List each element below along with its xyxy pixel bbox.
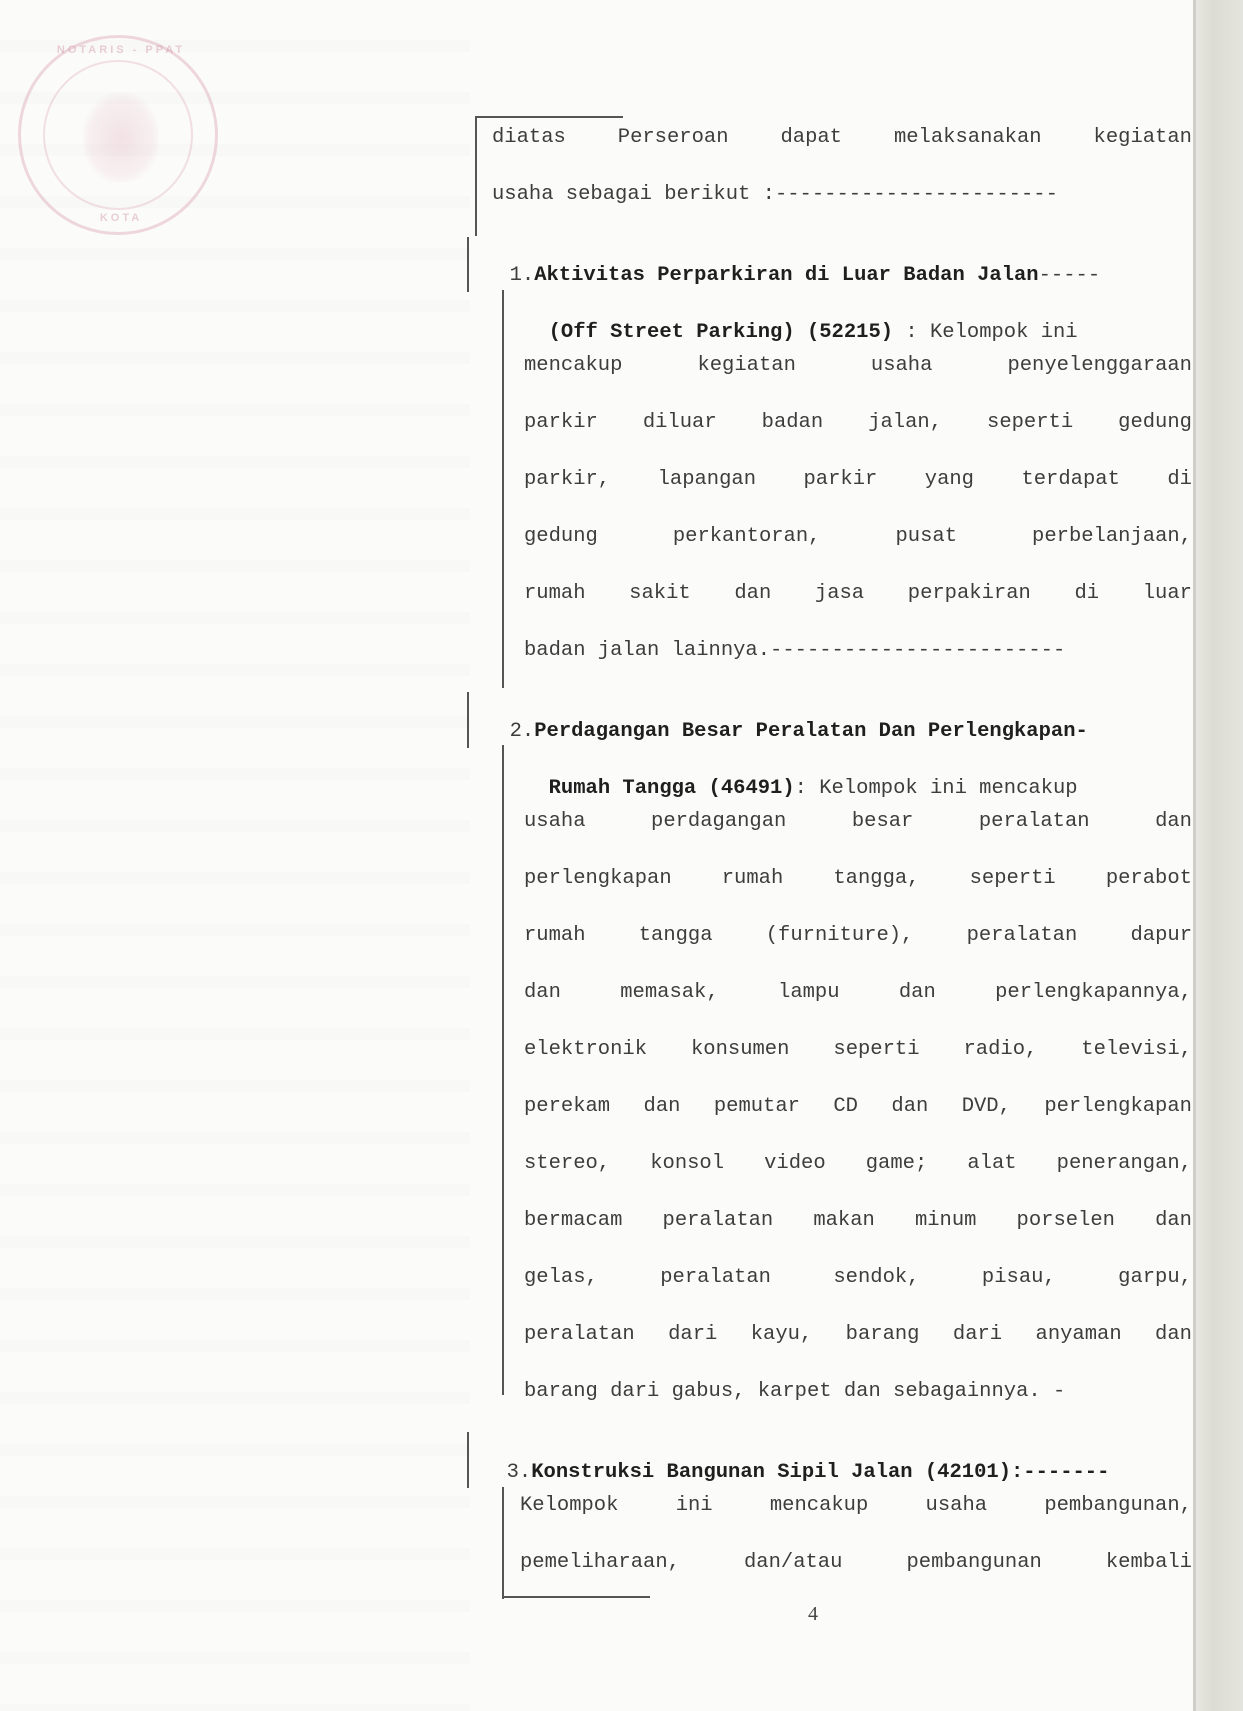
- word: seperti: [970, 867, 1056, 891]
- word: parkir: [803, 468, 877, 492]
- word: badan: [762, 411, 824, 435]
- word: ini: [676, 1494, 713, 1518]
- word: Kelompok: [520, 1494, 618, 1518]
- item-1-title: Aktivitas Perparkiran di Luar Badan Jala…: [534, 264, 1038, 287]
- word: penerangan,: [1057, 1152, 1192, 1176]
- word: gedung: [1118, 411, 1192, 435]
- word: dapat: [780, 126, 842, 150]
- word: (furniture),: [766, 924, 914, 948]
- word: dari: [668, 1323, 717, 1347]
- word: perabot: [1106, 867, 1192, 891]
- word: perpakiran: [908, 582, 1031, 606]
- word: dapur: [1130, 924, 1192, 948]
- word: perlengkapan: [524, 867, 672, 891]
- word: CD: [833, 1095, 858, 1119]
- item-1-body-line: gedung perkantoran, pusat perbelanjaan,: [524, 525, 1192, 549]
- word: usaha: [524, 810, 586, 834]
- word: perkantoran,: [673, 525, 821, 549]
- item-2-body-bracket: [502, 745, 504, 1395]
- word: dan: [1155, 810, 1192, 834]
- word: kegiatan: [697, 354, 795, 378]
- item-1-number-bracket: [467, 237, 469, 292]
- word: pemeliharaan,: [520, 1551, 680, 1575]
- bracket-bottom-rule: [502, 1596, 650, 1598]
- word: dan: [524, 981, 561, 1005]
- word: perdagangan: [651, 810, 786, 834]
- stamp-top-text: NOTARIS - PPAT: [21, 44, 221, 56]
- word: rumah: [722, 867, 784, 891]
- word: barang: [846, 1323, 920, 1347]
- word: dan: [734, 582, 771, 606]
- word: tangga,: [833, 867, 919, 891]
- word: alat: [967, 1152, 1016, 1176]
- word: memasak,: [620, 981, 718, 1005]
- word: elektronik: [524, 1038, 647, 1062]
- word: dan: [1155, 1209, 1192, 1233]
- word: usaha: [871, 354, 933, 378]
- item-2-code: Rumah Tangga (46491): [549, 777, 795, 800]
- item-1-body-line: rumah sakit dan jasa perpakiran di luar: [524, 582, 1192, 606]
- word: stereo,: [524, 1152, 610, 1176]
- item-2-body-line: elektronik konsumen seperti radio, telev…: [524, 1038, 1192, 1062]
- item-1-body-line: parkir, lapangan parkir yang terdapat di: [524, 468, 1192, 492]
- word: game;: [866, 1152, 928, 1176]
- word: bermacam: [524, 1209, 622, 1233]
- word: kegiatan: [1094, 126, 1192, 150]
- item-2-body-line: stereo, konsol video game; alat penerang…: [524, 1152, 1192, 1176]
- word: sakit: [629, 582, 691, 606]
- word: dan: [1155, 1323, 1192, 1347]
- word: kembali: [1106, 1551, 1192, 1575]
- item-3-body-bracket: [502, 1487, 504, 1599]
- word: yang: [925, 468, 974, 492]
- item-2-title-rest: : Kelompok ini mencakup: [795, 777, 1078, 800]
- word: penyelenggaraan: [1007, 354, 1192, 378]
- word: dan/atau: [744, 1551, 842, 1575]
- word: perlengkapan: [1044, 1095, 1192, 1119]
- word: luar: [1143, 582, 1192, 606]
- word: televisi,: [1081, 1038, 1192, 1062]
- word: perbelanjaan,: [1032, 525, 1192, 549]
- word: porselen: [1017, 1209, 1115, 1233]
- stamp-bottom-text: KOTA: [21, 212, 221, 224]
- word: perekam: [524, 1095, 610, 1119]
- word: perlengkapannya,: [995, 981, 1192, 1005]
- word: radio,: [963, 1038, 1037, 1062]
- item-1-body-bracket: [502, 290, 504, 688]
- word: pisau,: [982, 1266, 1056, 1290]
- word: peralatan: [967, 924, 1078, 948]
- word: dan: [899, 981, 936, 1005]
- item-2-body-line: bermacam peralatan makan minum porselen …: [524, 1209, 1192, 1233]
- word: konsumen: [691, 1038, 789, 1062]
- notary-stamp: NOTARIS - PPAT KOTA: [18, 35, 218, 235]
- word: pembangunan: [906, 1551, 1041, 1575]
- item-2-body-line: peralatan dari kayu, barang dari anyaman…: [524, 1323, 1192, 1347]
- word: rumah: [524, 582, 586, 606]
- item-2-body-line: usaha perdagangan besar peralatan dan: [524, 810, 1192, 834]
- item-2-body-line: gelas, peralatan sendok, pisau, garpu,: [524, 1266, 1192, 1290]
- word: sendok,: [833, 1266, 919, 1290]
- word: jalan,: [868, 411, 942, 435]
- word: Perseroan: [618, 126, 729, 150]
- word: konsol: [650, 1152, 724, 1176]
- word: dari: [953, 1323, 1002, 1347]
- item-2-heading: 2.Perdagangan Besar Peralatan Dan Perlen…: [485, 696, 1088, 744]
- word: gelas,: [524, 1266, 598, 1290]
- intro-line-2: usaha sebagai berikut :-----------------…: [492, 183, 1058, 207]
- word: makan: [813, 1209, 875, 1233]
- word: dan: [891, 1095, 928, 1119]
- word: mencakup: [524, 354, 622, 378]
- item-1-last-line: badan jalan lainnya.--------------------…: [524, 639, 1065, 663]
- item-3-body-line: Kelompok ini mencakup usaha pembangunan,: [520, 1494, 1192, 1518]
- word: pembangunan,: [1044, 1494, 1192, 1518]
- item-2-last-line: barang dari gabus, karpet dan sebagainny…: [524, 1380, 1065, 1404]
- item-1-number: 1.: [510, 264, 535, 287]
- item-1-title-line-2: (Off Street Parking) (52215) : Kelompok …: [524, 297, 1078, 345]
- word: minum: [915, 1209, 977, 1233]
- word: kayu,: [751, 1323, 813, 1347]
- word: jasa: [815, 582, 864, 606]
- item-3-number-bracket: [467, 1432, 469, 1488]
- word: lapangan: [658, 468, 756, 492]
- word: lampu: [778, 981, 840, 1005]
- intro-line-1: diatas Perseroan dapat melaksanakan kegi…: [492, 126, 1192, 150]
- item-2-title: Perdagangan Besar Peralatan Dan Perlengk…: [534, 720, 1088, 743]
- word: terdapat: [1021, 468, 1119, 492]
- item-2-number-bracket: [467, 692, 469, 748]
- bracket-top-rule: [475, 116, 623, 118]
- page-number: 4: [808, 1603, 818, 1626]
- word: besar: [852, 810, 914, 834]
- item-2-body-line: perlengkapan rumah tangga, seperti perab…: [524, 867, 1192, 891]
- word: peralatan: [663, 1209, 774, 1233]
- intro-bracket: [475, 116, 477, 236]
- word: dan: [644, 1095, 681, 1119]
- item-2-body-line: dan memasak, lampu dan perlengkapannya,: [524, 981, 1192, 1005]
- word: pemutar: [714, 1095, 800, 1119]
- word: garpu,: [1118, 1266, 1192, 1290]
- reverse-side-bleed: [0, 0, 470, 1711]
- item-1-title-dashes: -----: [1039, 264, 1101, 287]
- word: usaha: [926, 1494, 988, 1518]
- word: anyaman: [1036, 1323, 1122, 1347]
- item-3-title: Konstruksi Bangunan Sipil Jalan (42101): [531, 1461, 1011, 1484]
- word: tangga: [639, 924, 713, 948]
- word: melaksanakan: [894, 126, 1042, 150]
- item-3-heading: 3.Konstruksi Bangunan Sipil Jalan (42101…: [482, 1437, 1109, 1485]
- word: diatas: [492, 126, 566, 150]
- page-edge-shadow: [1193, 0, 1243, 1711]
- item-1-body-line: parkir diluar badan jalan, seperti gedun…: [524, 411, 1192, 435]
- word: peralatan: [524, 1323, 635, 1347]
- item-1-title-rest: : Kelompok ini: [893, 321, 1078, 344]
- word: parkir: [524, 411, 598, 435]
- item-2-number: 2.: [510, 720, 535, 743]
- word: rumah: [524, 924, 586, 948]
- item-1-code: (Off Street Parking) (52215): [549, 321, 893, 344]
- item-1-heading: 1.Aktivitas Perparkiran di Luar Badan Ja…: [485, 240, 1100, 288]
- item-2-title-line-2: Rumah Tangga (46491): Kelompok ini menca…: [524, 753, 1078, 801]
- word: di: [1074, 582, 1099, 606]
- item-2-body-line: perekam dan pemutar CD dan DVD, perlengk…: [524, 1095, 1192, 1119]
- item-3-body-line: pemeliharaan, dan/atau pembangunan kemba…: [520, 1551, 1192, 1575]
- item-1-body-line: mencakup kegiatan usaha penyelenggaraan: [524, 354, 1192, 378]
- word: diluar: [643, 411, 717, 435]
- word: DVD,: [962, 1095, 1011, 1119]
- word: pusat: [896, 525, 958, 549]
- word: seperti: [833, 1038, 919, 1062]
- item-3-title-rest: :-------: [1011, 1461, 1109, 1484]
- item-3-number: 3.: [507, 1461, 532, 1484]
- word: di: [1167, 468, 1192, 492]
- word: gedung: [524, 525, 598, 549]
- item-2-body-line: rumah tangga (furniture), peralatan dapu…: [524, 924, 1192, 948]
- word: peralatan: [660, 1266, 771, 1290]
- word: peralatan: [979, 810, 1090, 834]
- word: mencakup: [770, 1494, 868, 1518]
- word: seperti: [987, 411, 1073, 435]
- word: parkir,: [524, 468, 610, 492]
- word: video: [764, 1152, 826, 1176]
- garuda-emblem-icon: [83, 93, 159, 183]
